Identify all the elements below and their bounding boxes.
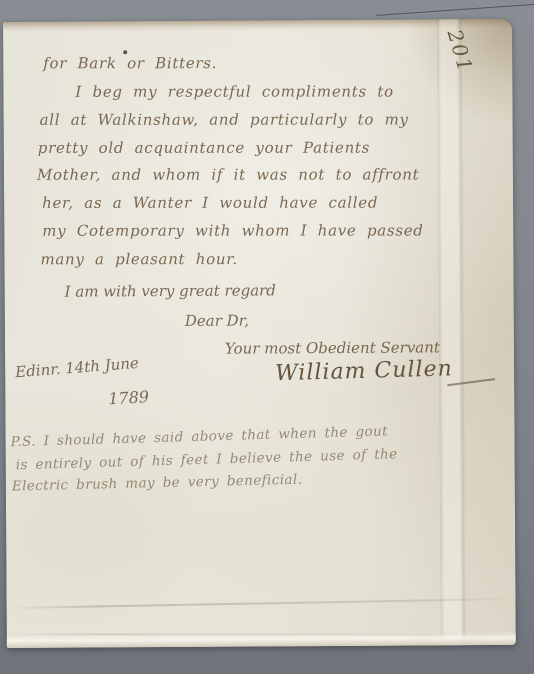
closing-valediction: Your most Obedient Servant (225, 337, 440, 358)
closing-salutation: Dear Dr, (185, 311, 249, 331)
vertical-fold-crease (437, 19, 467, 645)
horizontal-crease (7, 598, 516, 609)
manuscript-photo: 201 for Bark or Bitters. I beg my respec… (0, 0, 534, 674)
dateline-place: Edinr. 14th June (15, 353, 140, 382)
letter-page: 201 for Bark or Bitters. I beg my respec… (3, 19, 516, 648)
letter-line: all at Walkinshaw, and particularly to m… (40, 109, 409, 129)
letter-line: pretty old acquaintance your Patients (38, 138, 370, 158)
closing-regard-line: I am with very great regard (65, 280, 276, 301)
dateline-year: 1789 (108, 387, 150, 409)
signature: William Cullen (275, 359, 453, 384)
background-thread-line (376, 3, 534, 16)
letter-line: for Bark or Bitters. (43, 53, 217, 73)
letter-line: her, as a Wanter I would have called (42, 193, 378, 213)
letter-line: many a pleasant hour. (40, 249, 237, 269)
letter-line: my Cotemporary with whom I have passed (42, 220, 423, 240)
letter-line: Mother, and whom if it was not to affron… (37, 164, 419, 184)
paper-bottom-edge (7, 632, 516, 648)
letter-line: I beg my respectful compliments to (75, 81, 393, 101)
